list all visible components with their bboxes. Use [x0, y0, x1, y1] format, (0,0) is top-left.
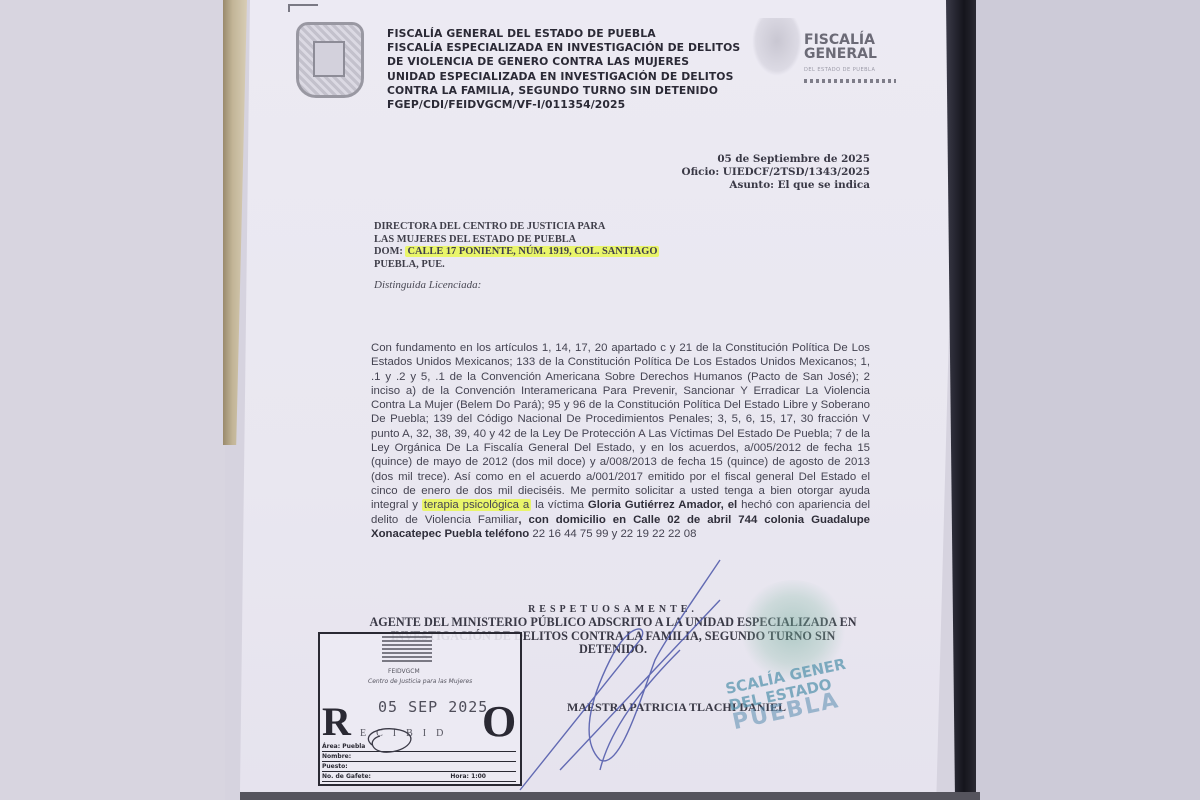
- stamp-field: No. de Gafete:Hora: 1:00: [322, 772, 516, 782]
- subject: Asunto: El que se indica: [682, 179, 870, 192]
- stamp-letter-r: R: [322, 702, 351, 742]
- shadow-edge: [946, 0, 976, 800]
- highlighted-therapy: terapia psicológica a: [422, 499, 531, 511]
- oficio-number: Oficio: UIEDCF/2TSD/1343/2025: [682, 166, 870, 179]
- stamp-logo-icon: [382, 636, 432, 662]
- staple-icon: [288, 4, 318, 12]
- addressee-line: LAS MUJERES DEL ESTADO DE PUEBLA: [374, 234, 659, 247]
- stamp-sub: Centro de Justicia para las Mujeres: [368, 678, 472, 685]
- addressee-city: PUEBLA, PUE.: [374, 259, 659, 272]
- body-text: la víctima: [531, 499, 588, 511]
- stamp-date: 05 SEP 2025: [378, 698, 488, 716]
- stamp-middle: ECIBID: [360, 728, 453, 739]
- brand-logo: FISCALÍA GENERAL DEL ESTADO DE PUEBLA: [804, 33, 896, 83]
- dom-label: DOM:: [374, 246, 403, 257]
- highlighted-address: CALLE 17 PONIENTE, NÚM. 1919, COL. SANTI…: [405, 246, 659, 257]
- addressee-address: DOM: CALLE 17 PONIENTE, NÚM. 1919, COL. …: [374, 246, 659, 259]
- folder-edge: [223, 0, 247, 445]
- brand-line1: FISCALÍA: [804, 33, 896, 47]
- document-date: 05 de Septiembre de 2025: [682, 153, 870, 166]
- state-coat-of-arms-icon: [296, 22, 364, 98]
- letterhead-line: FISCALÍA GENERAL DEL ESTADO DE PUEBLA: [387, 27, 740, 41]
- salutation: Distinguida Licenciada:: [374, 279, 481, 291]
- phone-numbers: 22 16 44 75 99 y 22 19 22 22 08: [529, 528, 696, 540]
- brand-pattern: [804, 79, 896, 83]
- stamp-field: Puesto:: [322, 762, 516, 772]
- stamp-hora: Hora: 1:00: [450, 772, 486, 781]
- body-paragraph: Con fundamento en los artículos 1, 14, 1…: [371, 341, 870, 541]
- stamp-org: FEIDVGCM: [388, 668, 420, 675]
- stamp-letter-o: O: [482, 700, 516, 744]
- addressee-block: DIRECTORA DEL CENTRO DE JUSTICIA PARA LA…: [374, 221, 659, 271]
- brand-sub: DEL ESTADO DE PUEBLA: [804, 63, 896, 77]
- hora-label: Hora:: [450, 773, 469, 780]
- stamp-field: Área: Puebla: [322, 742, 516, 752]
- table-edge: [240, 792, 980, 800]
- letterhead-line: DE VIOLENCIA DE GENERO CONTRA LAS MUJERE…: [387, 55, 740, 69]
- victim-name: Gloria Gutiérrez Amador, el: [588, 499, 737, 511]
- stamp-field: Nombre:: [322, 752, 516, 762]
- brand-line2: GENERAL: [804, 47, 896, 61]
- stamp-field-label: No. de Gafete:: [322, 773, 371, 780]
- stamp-fields: Área: Puebla Nombre: Puesto: No. de Gafe…: [322, 742, 516, 782]
- brand-emblem-icon: [752, 18, 802, 76]
- background-right: [976, 0, 1200, 800]
- letterhead-line: UNIDAD ESPECIALIZADA EN INVESTIGACIÓN DE…: [387, 70, 740, 84]
- hora-value: 1:00: [471, 773, 486, 780]
- letterhead-line: FISCALÍA ESPECIALIZADA EN INVESTIGACIÓN …: [387, 41, 740, 55]
- reference-block: 05 de Septiembre de 2025 Oficio: UIEDCF/…: [682, 153, 870, 191]
- case-number: FGEP/CDI/FEIDVGCM/VF-I/011354/2025: [387, 98, 740, 112]
- addressee-line: DIRECTORA DEL CENTRO DE JUSTICIA PARA: [374, 221, 659, 234]
- body-text-main: Con fundamento en los artículos 1, 14, 1…: [371, 342, 870, 511]
- letterhead-line: CONTRA LA FAMILIA, SEGUNDO TURNO SIN DET…: [387, 84, 740, 98]
- background-left: [0, 0, 225, 800]
- received-stamp: FEIDVGCM Centro de Justicia para las Muj…: [318, 632, 522, 786]
- letterhead: FISCALÍA GENERAL DEL ESTADO DE PUEBLA FI…: [387, 27, 740, 112]
